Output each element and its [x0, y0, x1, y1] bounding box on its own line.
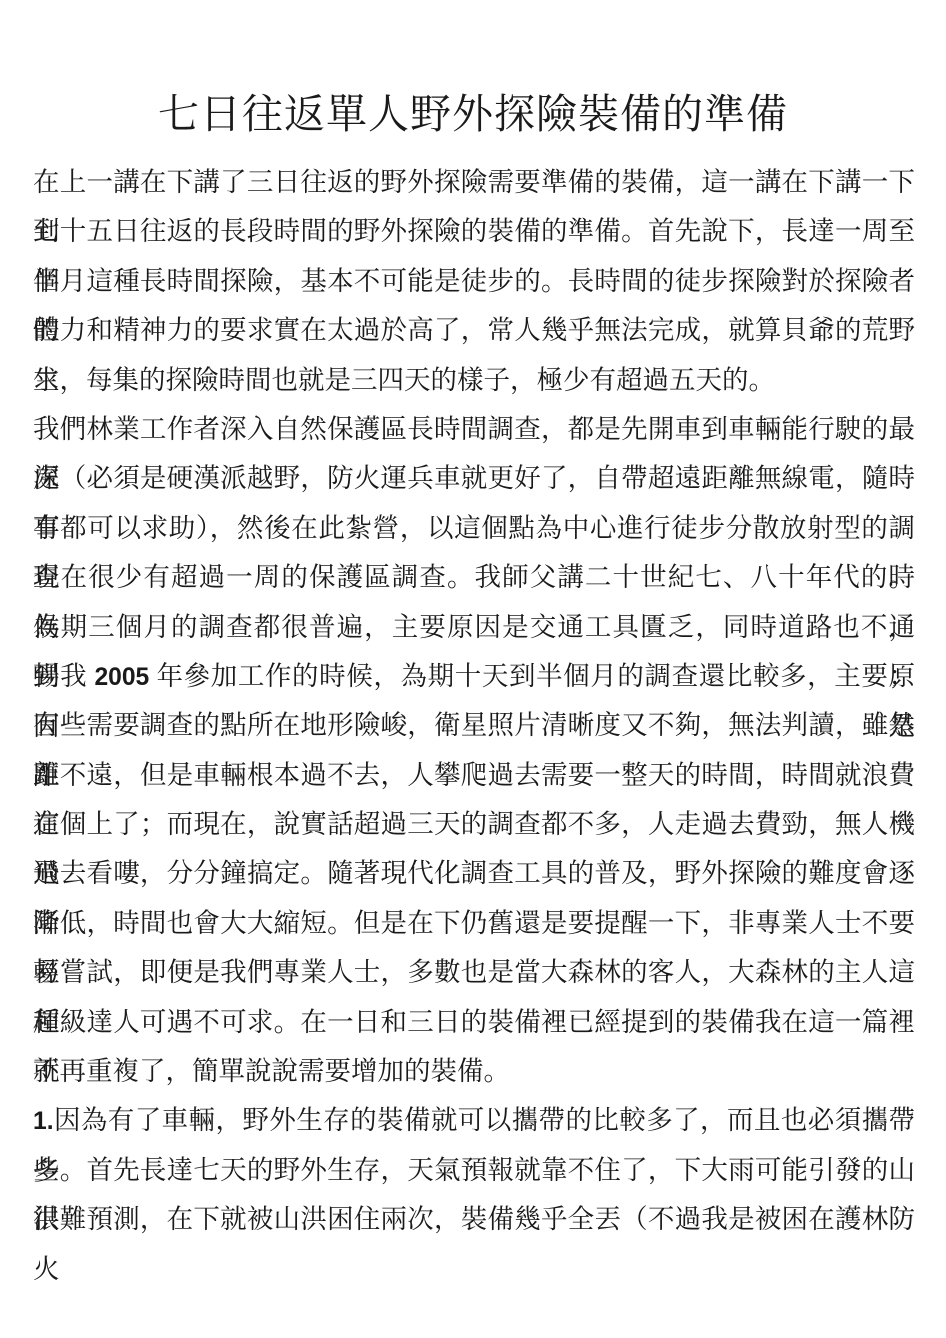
text-line: 降低，時間也會大大縮短。但是在下仍舊還是要提醒一下，非專業人士不要輕 — [33, 899, 915, 948]
text-line: 個月這種長時間探險，基本不可能是徒步的。長時間的徒步探險對於探險者的 — [33, 257, 915, 306]
document-body: 在上一講在下講了三日往返的野外探險需要準備的裝備，這一講在下講一下七到十五日往返… — [33, 158, 915, 1245]
text-line: 很難預測，在下就被山洪困住兩次，裝備幾乎全丟（不過我是被困在護林防火 — [33, 1195, 915, 1244]
text-line: 我們林業工作者深入自然保護區長時間調查，都是先開車到車輛能行駛的最深 — [33, 405, 915, 454]
text-segment: 生，每集的探險時間也就是三四天的樣子，極少有超過五天的。 — [33, 365, 775, 395]
text-line: 過去看嘍，分分鐘搞定。隨著現代化調查工具的普及，野外探險的難度會逐漸 — [33, 849, 915, 898]
text-line: 處（必須是硬漢派越野，防火運兵車就更好了，自帶超遠距離無線電，隨時有 — [33, 454, 915, 503]
document-page: 七日往返單人野外探險裝備的準備 在上一講在下講了三日往返的野外探險需要準備的裝備… — [0, 0, 946, 1338]
text-line: 超級達人可遇不可求。在一日和三日的裝備裡已經提到的裝備我在這一篇裡就 — [33, 998, 915, 1047]
text-line: 離不遠，但是車輛根本過不去，人攀爬過去需要一整天的時間，時間就浪費在 — [33, 751, 915, 800]
bold-text-segment: 2005 — [94, 664, 149, 691]
text-line: 不再重複了，簡單說說需要增加的裝備。 — [33, 1047, 915, 1096]
text-line: 事都可以求助），然後在此紮營，以這個點為中心進行徒步分散放射型的調查。 — [33, 504, 915, 553]
text-line: 為期三個月的調查都很普遍，主要原因是交通工具匱乏，同時道路也不通暢； — [33, 603, 915, 652]
text-line: 到我 2005 年參加工作的時候，為期十天到半個月的調查還比較多，主要原因是 — [33, 652, 915, 701]
text-line: 易嘗試，即便是我們專業人士，多數也是當大森林的客人，大森林的主人這種 — [33, 948, 915, 997]
text-line: 有些需要調查的點所在地形險峻，衛星照片清晰度又不夠，無法判讀，雖然距 — [33, 701, 915, 750]
text-line: 到十五日往返的長段時間的野外探險的裝備的準備。首先說下，長達一周至半 — [33, 207, 915, 256]
text-segment: 很難預測，在下就被山洪困住兩次，裝備幾乎全丟（不過我是被困在護林防火 — [33, 1204, 915, 1283]
text-segment: 到我 — [33, 661, 94, 691]
text-line: 現在很少有超過一周的保護區調查。我師父講二十世紀七、八十年代的時候， — [33, 553, 915, 602]
text-line: 體力和精神力的要求實在太過於高了，常人幾乎無法完成，就算貝爺的荒野求 — [33, 306, 915, 355]
text-line: 生，每集的探險時間也就是三四天的樣子，極少有超過五天的。 — [33, 356, 915, 405]
text-line: 1.因為有了車輛，野外生存的裝備就可以攜帶的比較多了，而且也必須攜帶多 — [33, 1096, 915, 1145]
text-line: 這個上了；而現在，說實話超過三天的調查都不多，人走過去費勁，無人機飛 — [33, 800, 915, 849]
text-segment: 不再重複了，簡單說說需要增加的裝備。 — [33, 1056, 510, 1086]
bold-text-segment: 1. — [33, 1108, 54, 1135]
text-line: 些。首先長達七天的野外生存，天氣預報就靠不住了，下大雨可能引發的山洪 — [33, 1146, 915, 1195]
document-title: 七日往返單人野外探險裝備的準備 — [0, 88, 946, 140]
text-line: 在上一講在下講了三日往返的野外探險需要準備的裝備，這一講在下講一下七 — [33, 158, 915, 207]
